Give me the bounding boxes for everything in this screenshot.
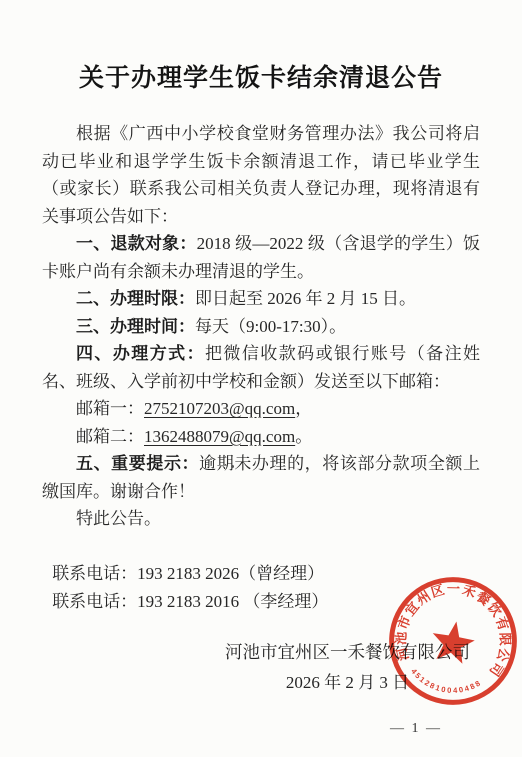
paragraph-closing: 特此公告。	[42, 505, 480, 533]
item-4-lead: 四、办理方式：	[76, 344, 205, 363]
email-line-2: 邮箱二：1362488079@qq.com。	[42, 423, 480, 451]
email-1-suffix: ，	[295, 399, 312, 418]
item-1-lead: 一、退款对象：	[76, 234, 197, 253]
notice-body: 关于办理学生饭卡结余清退公告 根据《广西中小学校食堂财务管理办法》我公司将启动已…	[42, 58, 480, 617]
email-2-label: 邮箱二：	[76, 427, 144, 446]
item-2-text: 即日起至 2026 年 2 月 15 日。	[195, 289, 416, 308]
item-2-lead: 二、办理时限：	[76, 289, 195, 308]
paragraph-item-2: 二、办理时限：即日起至 2026 年 2 月 15 日。	[42, 285, 480, 313]
page-number: — 1 —	[390, 721, 442, 737]
scan-speck	[231, 465, 234, 468]
document-page: 关于办理学生饭卡结余清退公告 根据《广西中小学校食堂财务管理办法》我公司将启动已…	[0, 0, 522, 757]
email-1-label: 邮箱一：	[76, 399, 144, 418]
item-3-lead: 三、办理时间：	[76, 317, 195, 336]
closing-text: 特此公告。	[76, 509, 161, 528]
email-line-1: 邮箱一：2752107203@qq.com，	[42, 395, 480, 423]
paragraph-intro: 根据《广西中小学校食堂财务管理办法》我公司将启动已毕业和退学学生饭卡余额清退工作…	[42, 120, 480, 230]
paragraph-item-4: 四、办理方式：把微信收款码或银行账号（备注姓名、班级、入学前初中学校和金额）发送…	[42, 340, 480, 395]
paragraph-item-5: 五、重要提示：逾期未办理的，将该部分款项全额上缴国库。谢谢合作！	[42, 450, 480, 505]
notice-title: 关于办理学生饭卡结余清退公告	[42, 62, 480, 96]
paragraph-intro-text: 根据《广西中小学校食堂财务管理办法》我公司将启动已毕业和退学学生饭卡余额清退工作…	[42, 124, 480, 226]
email-2-suffix: 。	[295, 427, 312, 446]
email-1-address: 2752107203@qq.com	[144, 399, 295, 418]
company-seal: 河池市宜州区一禾餐饮有限公司 4512810040488	[376, 563, 522, 720]
email-2-address: 1362488079@qq.com	[144, 427, 295, 446]
item-3-text: 每天（9:00-17:30）。	[195, 317, 346, 336]
item-5-lead: 五、重要提示：	[76, 454, 199, 473]
seal-serial-text: 4512810040488	[406, 666, 484, 701]
paragraph-item-1: 一、退款对象：2018 级—2022 级（含退学的学生）饭卡账户尚有余额未办理清…	[42, 230, 480, 285]
paragraph-item-3: 三、办理时间：每天（9:00-17:30）。	[42, 313, 480, 341]
seal-star	[428, 618, 477, 665]
